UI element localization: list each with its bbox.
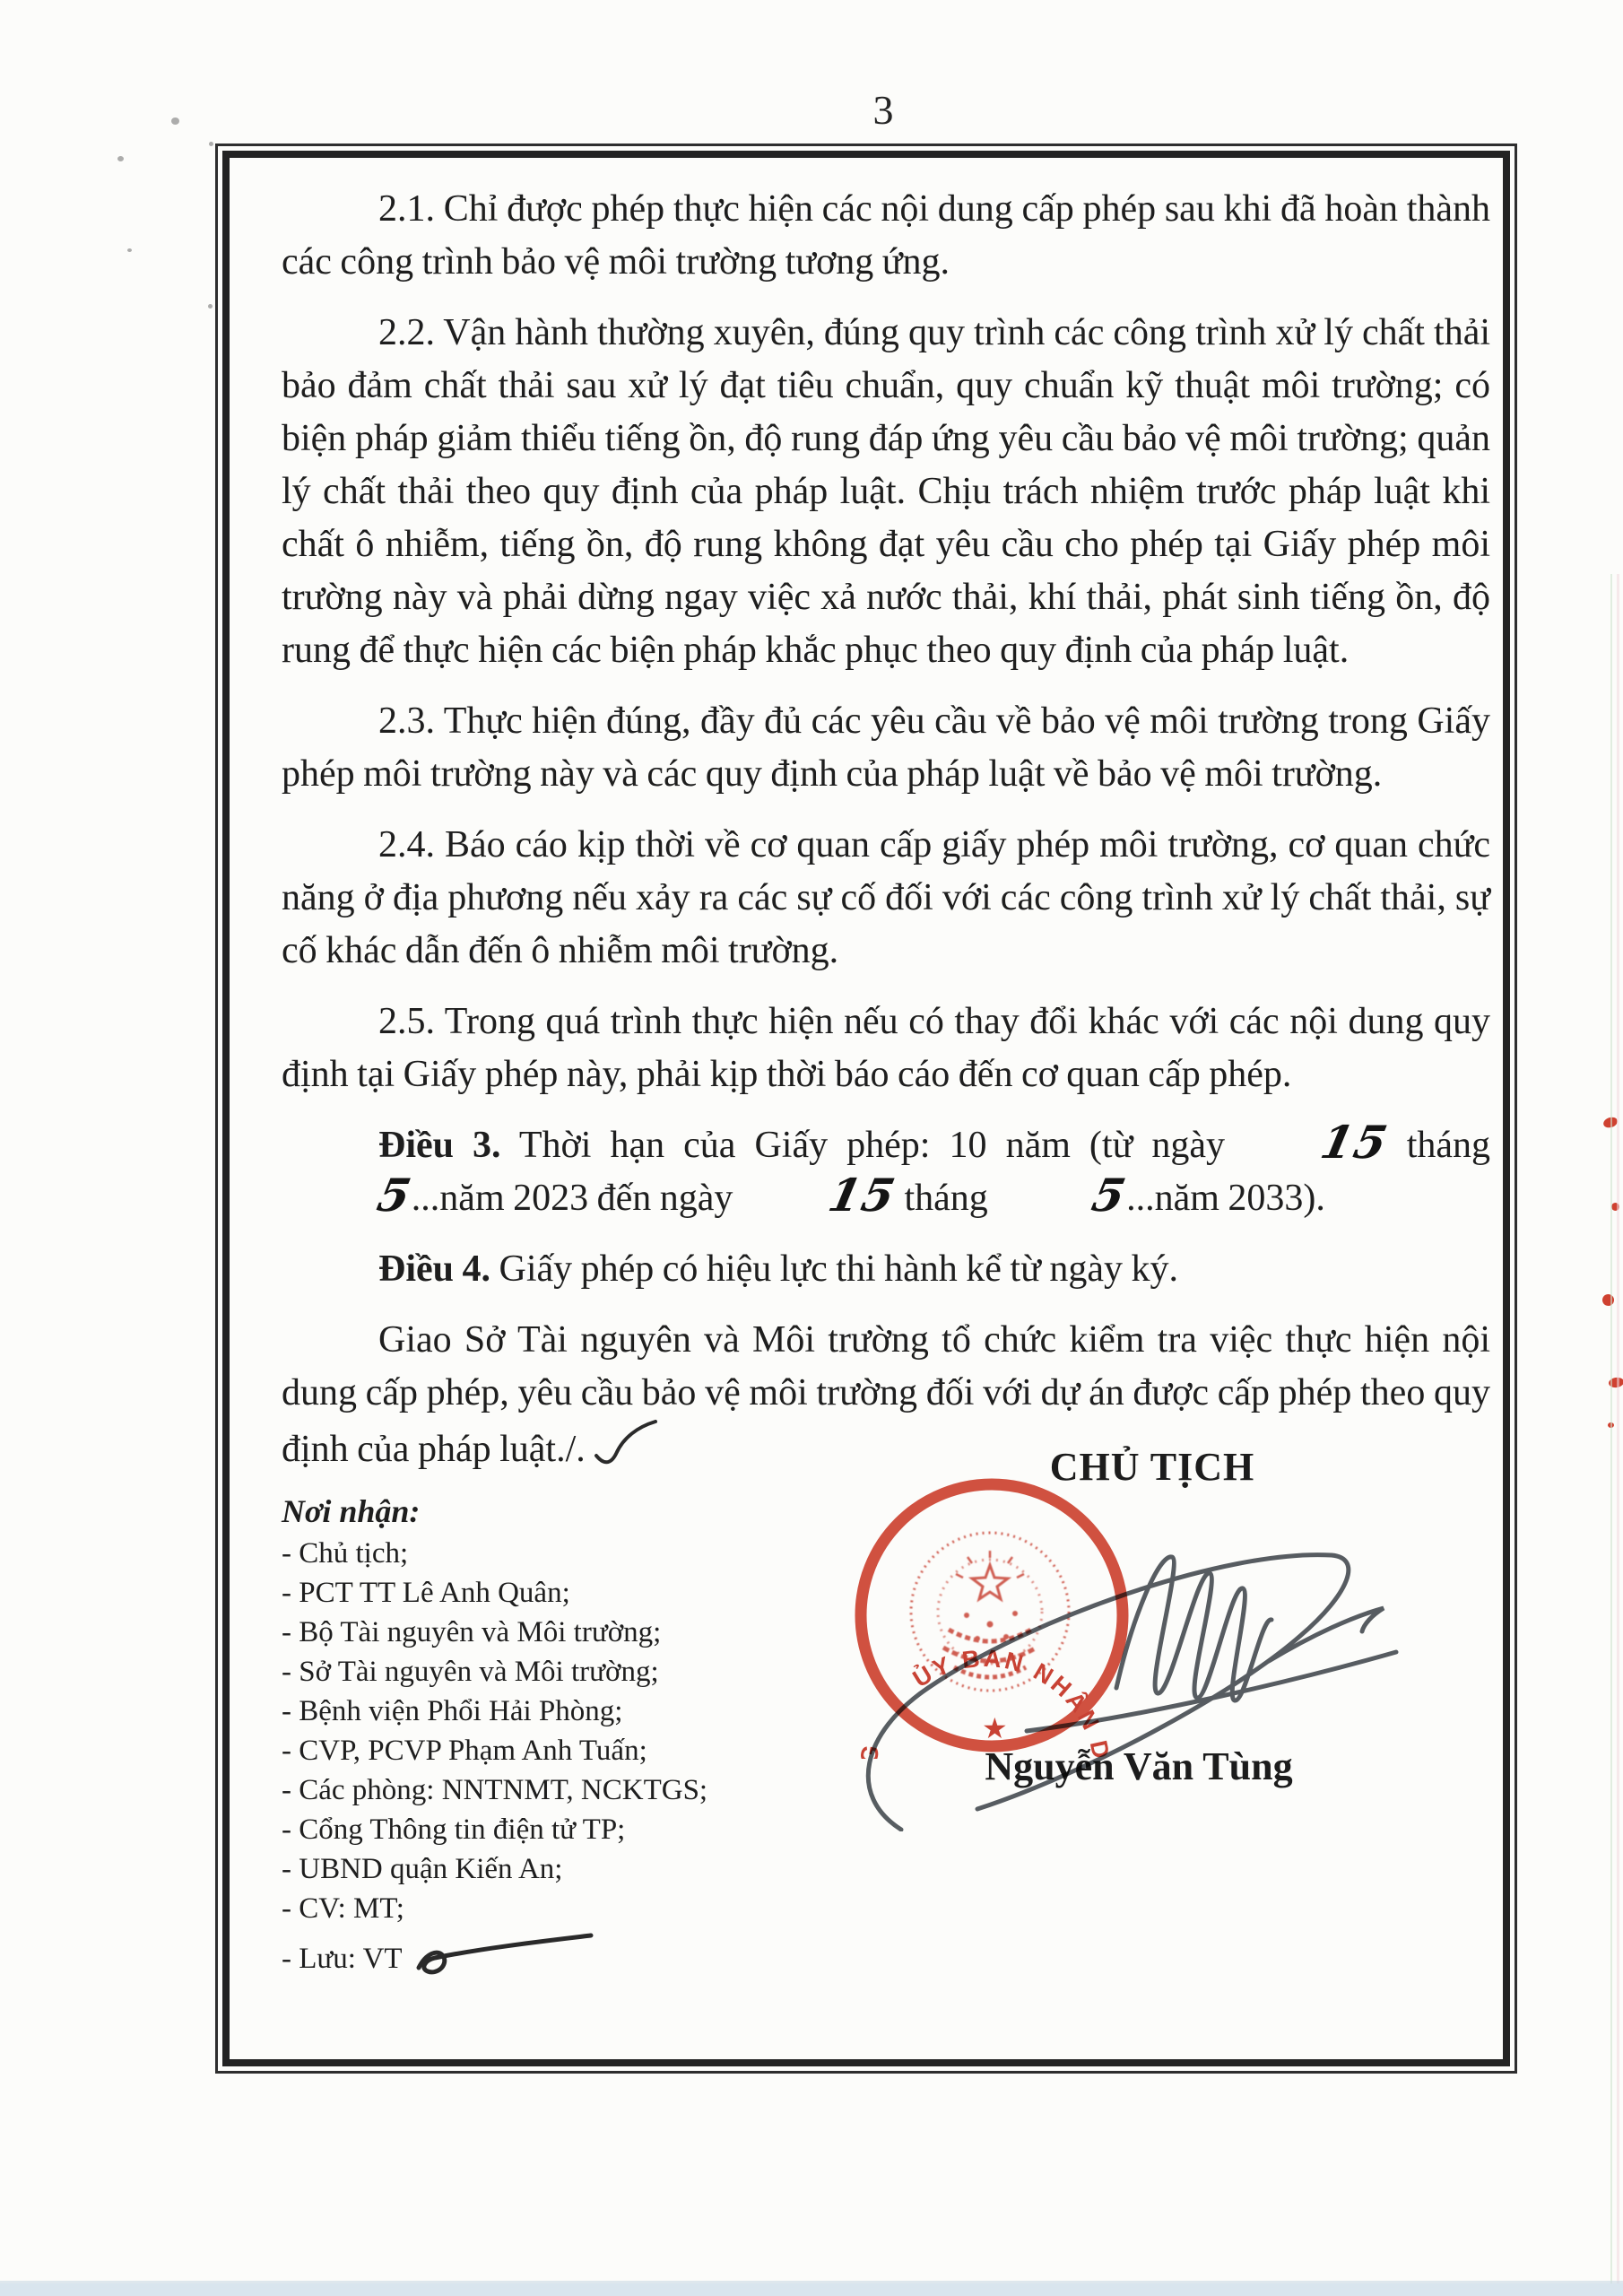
text-segment: 2.4. Báo cáo kịp thời về cơ quan cấp giấ… (282, 824, 1490, 971)
recipient-item: - PCT TT Lê Anh Quân; (282, 1573, 855, 1613)
recipient-item: - CVP, PCVP Phạm Anh Tuấn; (282, 1731, 855, 1770)
text-segment: Giấy phép có hiệu lực thi hành kể từ ngà… (490, 1248, 1178, 1290)
paragraph: 2.1. Chỉ được phép thực hiện các nội dun… (282, 183, 1490, 289)
scan-edge-line (1617, 574, 1619, 2296)
scan-speck (171, 117, 179, 125)
paragraph: 2.5. Trong quá trình thực hiện nếu có th… (282, 996, 1490, 1101)
recipients-block: Nơi nhận: - Chủ tịch;- PCT TT Lê Anh Quâ… (282, 1489, 855, 1979)
page-number: 3 (834, 86, 933, 134)
text-segment: Điều 3. (378, 1125, 501, 1166)
scan-speck (117, 156, 124, 161)
paragraph: 2.4. Báo cáo kịp thời về cơ quan cấp giấ… (282, 819, 1490, 978)
text-segment: Thời hạn của Giấy phép: 10 năm (từ ngày (501, 1125, 1225, 1166)
text-segment: tháng (1388, 1125, 1490, 1166)
scan-speck (127, 248, 132, 252)
recipient-item: - Lưu: VT (282, 1928, 855, 1979)
red-margin-speck (1601, 1293, 1616, 1308)
text-segment: 2.5. Trong quá trình thực hiện nếu có th… (282, 1001, 1490, 1095)
paragraph: Giao Sở Tài nguyên và Môi trường tổ chức… (282, 1314, 1490, 1476)
text-segment: 2.3. Thực hiện đúng, đầy đủ các yêu cầu … (282, 700, 1490, 795)
scan-speck (208, 304, 213, 309)
recipient-item: - Các phòng: NNTNMT, NCKTGS; (282, 1770, 855, 1810)
signature-ink (847, 1500, 1403, 1831)
text-segment: Điều 4. (378, 1248, 490, 1290)
recipients-title: Nơi nhận: (282, 1489, 855, 1534)
text-segment: ...năm 2023 đến ngày (412, 1178, 733, 1219)
text-segment: tháng (896, 1178, 996, 1219)
recipient-item: - Bộ Tài nguyên và Môi trường; (282, 1613, 855, 1652)
recipient-item: - Bệnh viện Phổi Hải Phòng; (282, 1692, 855, 1731)
paragraph: 2.2. Vận hành thường xuyên, đúng quy trì… (282, 307, 1490, 677)
pen-swoosh-mark (412, 1928, 600, 1979)
scan-edge-line (1610, 574, 1612, 2296)
text-segment: 2.2. Vận hành thường xuyên, đúng quy trì… (282, 312, 1490, 671)
pen-tick-mark (593, 1420, 659, 1468)
recipient-item: - Cổng Thông tin điện tử TP; (282, 1810, 855, 1849)
scan-bottom-edge (0, 2283, 1623, 2296)
text-segment: ...năm 2033). (1126, 1178, 1325, 1219)
paragraph: 2.3. Thực hiện đúng, đầy đủ các yêu cầu … (282, 695, 1490, 801)
recipient-item: - Chủ tịch; (282, 1534, 855, 1573)
paragraph: Điều 3. Thời hạn của Giấy phép: 10 năm (… (282, 1119, 1490, 1225)
text-segment: Giao Sở Tài nguyên và Môi trường tổ chức… (282, 1319, 1490, 1470)
recipient-item: - CV: MT; (282, 1889, 855, 1928)
scan-speck (209, 142, 213, 146)
recipient-item: - UBND quận Kiến An; (282, 1849, 855, 1889)
recipient-item: - Sở Tài nguyên và Môi trường; (282, 1652, 855, 1692)
body-paragraphs: 2.1. Chỉ được phép thực hiện các nội dun… (282, 183, 1490, 1476)
text-segment: 2.1. Chỉ được phép thực hiện các nội dun… (282, 188, 1490, 283)
paragraph: Điều 4. Giấy phép có hiệu lực thi hành k… (282, 1243, 1490, 1296)
scanned-document-page: 3 2.1. Chỉ được phép thực hiện các nội d… (0, 0, 1623, 2296)
recipients-list: - Chủ tịch;- PCT TT Lê Anh Quân;- Bộ Tài… (282, 1534, 855, 1979)
